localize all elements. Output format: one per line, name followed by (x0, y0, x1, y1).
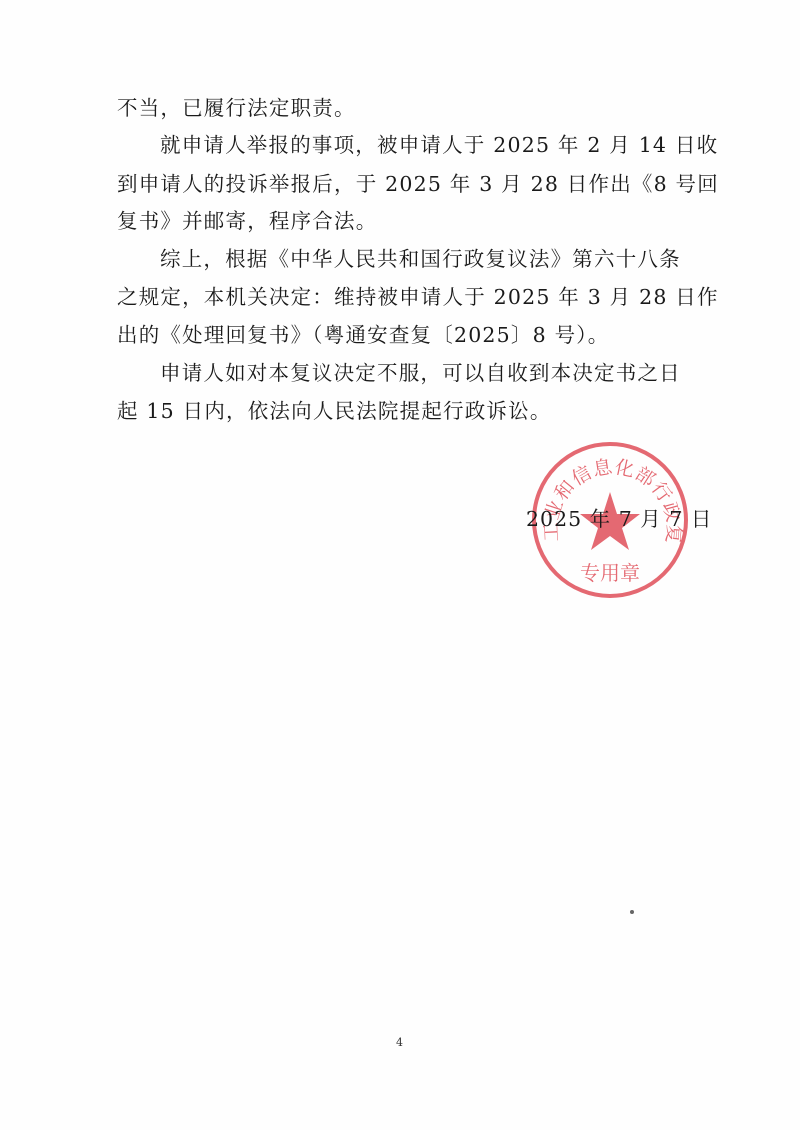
paragraph-line: 之规定，本机关决定：维持被申请人于 2025 年 3 月 28 日作 (117, 282, 719, 312)
paragraph-line: 就申请人举报的事项，被申请人于 2025 年 2 月 14 日收 (160, 130, 718, 160)
document-page: 不当，已履行法定职责。 就申请人举报的事项，被申请人于 2025 年 2 月 1… (0, 0, 800, 1130)
signature-date: 2025 年 7 月 7 日 (526, 502, 712, 532)
paragraph-line: 申请人如对本复议决定不服，可以自收到本决定书之日 (160, 358, 681, 388)
paragraph-line: 不当，已履行法定职责。 (117, 93, 356, 123)
paragraph-line: 起 15 日内，依法向人民法院提起行政诉讼。 (117, 396, 552, 426)
paragraph-line: 复书》并邮寄，程序合法。 (117, 206, 377, 236)
paragraph-line: 出的《处理回复书》（粤通安查复〔2025〕8 号）。 (117, 320, 609, 350)
page-number: 4 (396, 1036, 403, 1049)
paragraph-line: 到申请人的投诉举报后，于 2025 年 3 月 28 日作出《8 号回 (117, 169, 719, 199)
scan-artifact (630, 910, 634, 914)
paragraph-line: 综上，根据《中华人民共和国行政复议法》第六十八条 (160, 244, 681, 274)
svg-text:专用章: 专用章 (580, 561, 640, 585)
